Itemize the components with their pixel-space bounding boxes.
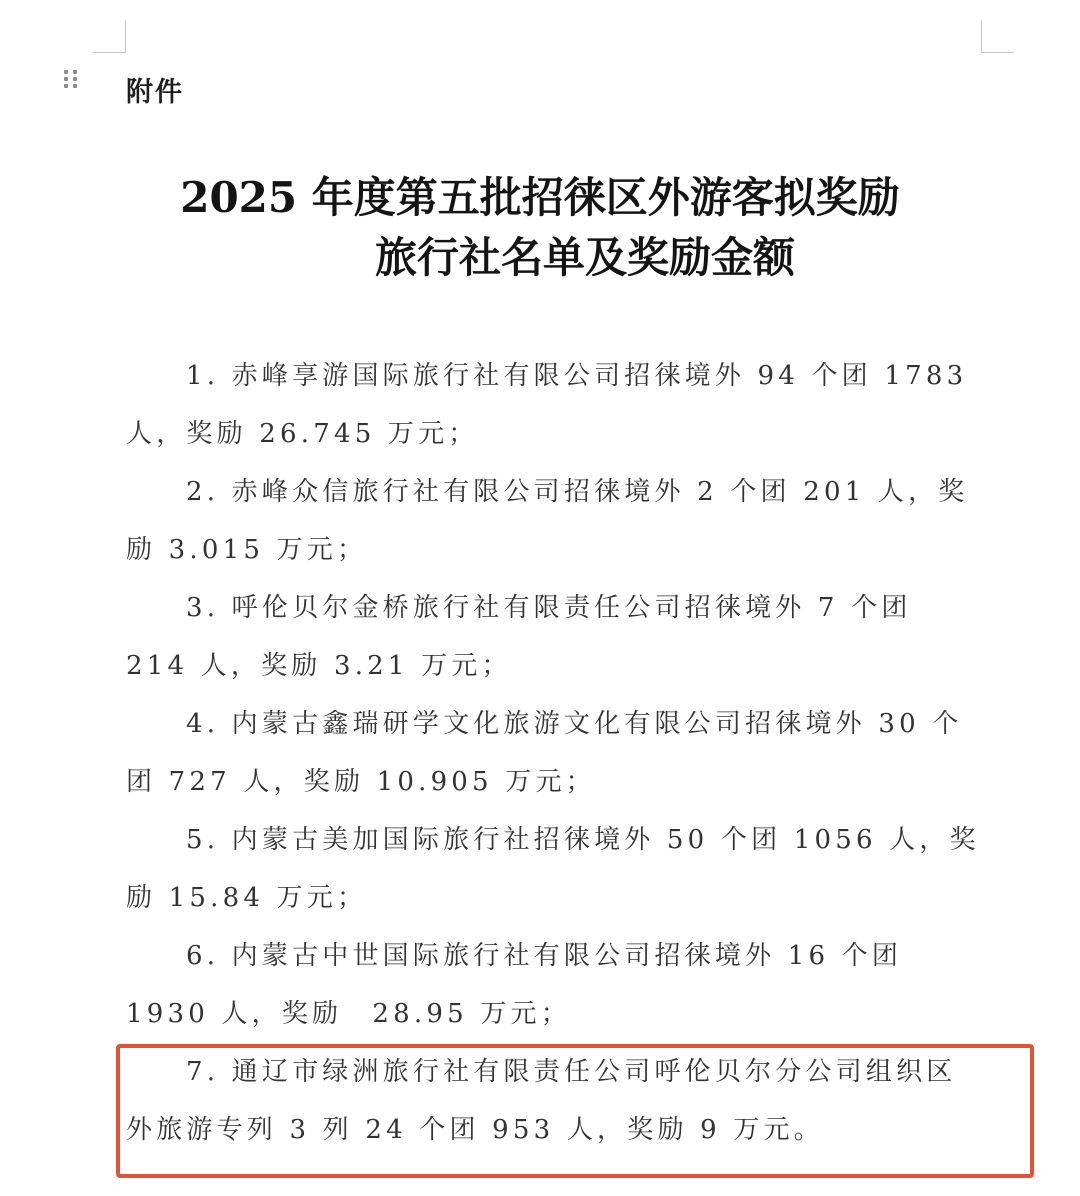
award-item-4: 4. 内蒙古鑫瑞研学文化旅游文化有限公司招徕境外 30 个团 727 人，奖励 … <box>126 695 986 811</box>
award-list: 1. 赤峰享游国际旅行社有限公司招徕境外 94 个团 1783 人，奖励 26.… <box>126 347 986 1043</box>
award-item-5: 5. 内蒙古美加国际旅行社招徕境外 50 个团 1056 人，奖励 15.84 … <box>126 811 986 927</box>
award-item-3: 3. 呼伦贝尔金桥旅行社有限责任公司招徕境外 7 个团 214 人，奖励 3.2… <box>126 579 986 695</box>
drag-handle-icon[interactable] <box>64 70 78 90</box>
award-item-7: 7. 通辽市绿洲旅行社有限责任公司呼伦贝尔分公司组织区外旅游专列 3 列 24 … <box>126 1043 986 1159</box>
page-corner-mark-top-left <box>93 20 126 53</box>
award-item-2: 2. 赤峰众信旅行社有限公司招徕境外 2 个团 201 人，奖励 3.015 万… <box>126 463 986 579</box>
page-corner-mark-top-right <box>981 20 1014 53</box>
document-title: 2025 年度第五批招徕区外游客拟奖励 旅行社名单及奖励金额 <box>0 168 1080 288</box>
award-item-1: 1. 赤峰享游国际旅行社有限公司招徕境外 94 个团 1783 人，奖励 26.… <box>126 347 986 463</box>
document-title-line-1: 2025 年度第五批招徕区外游客拟奖励 <box>0 168 1080 228</box>
document-title-line-2: 旅行社名单及奖励金额 <box>90 228 1080 288</box>
award-item-6: 6. 内蒙古中世国际旅行社有限公司招徕境外 16 个团 1930 人，奖励 28… <box>126 927 986 1043</box>
attachment-label: 附件 <box>126 70 184 109</box>
